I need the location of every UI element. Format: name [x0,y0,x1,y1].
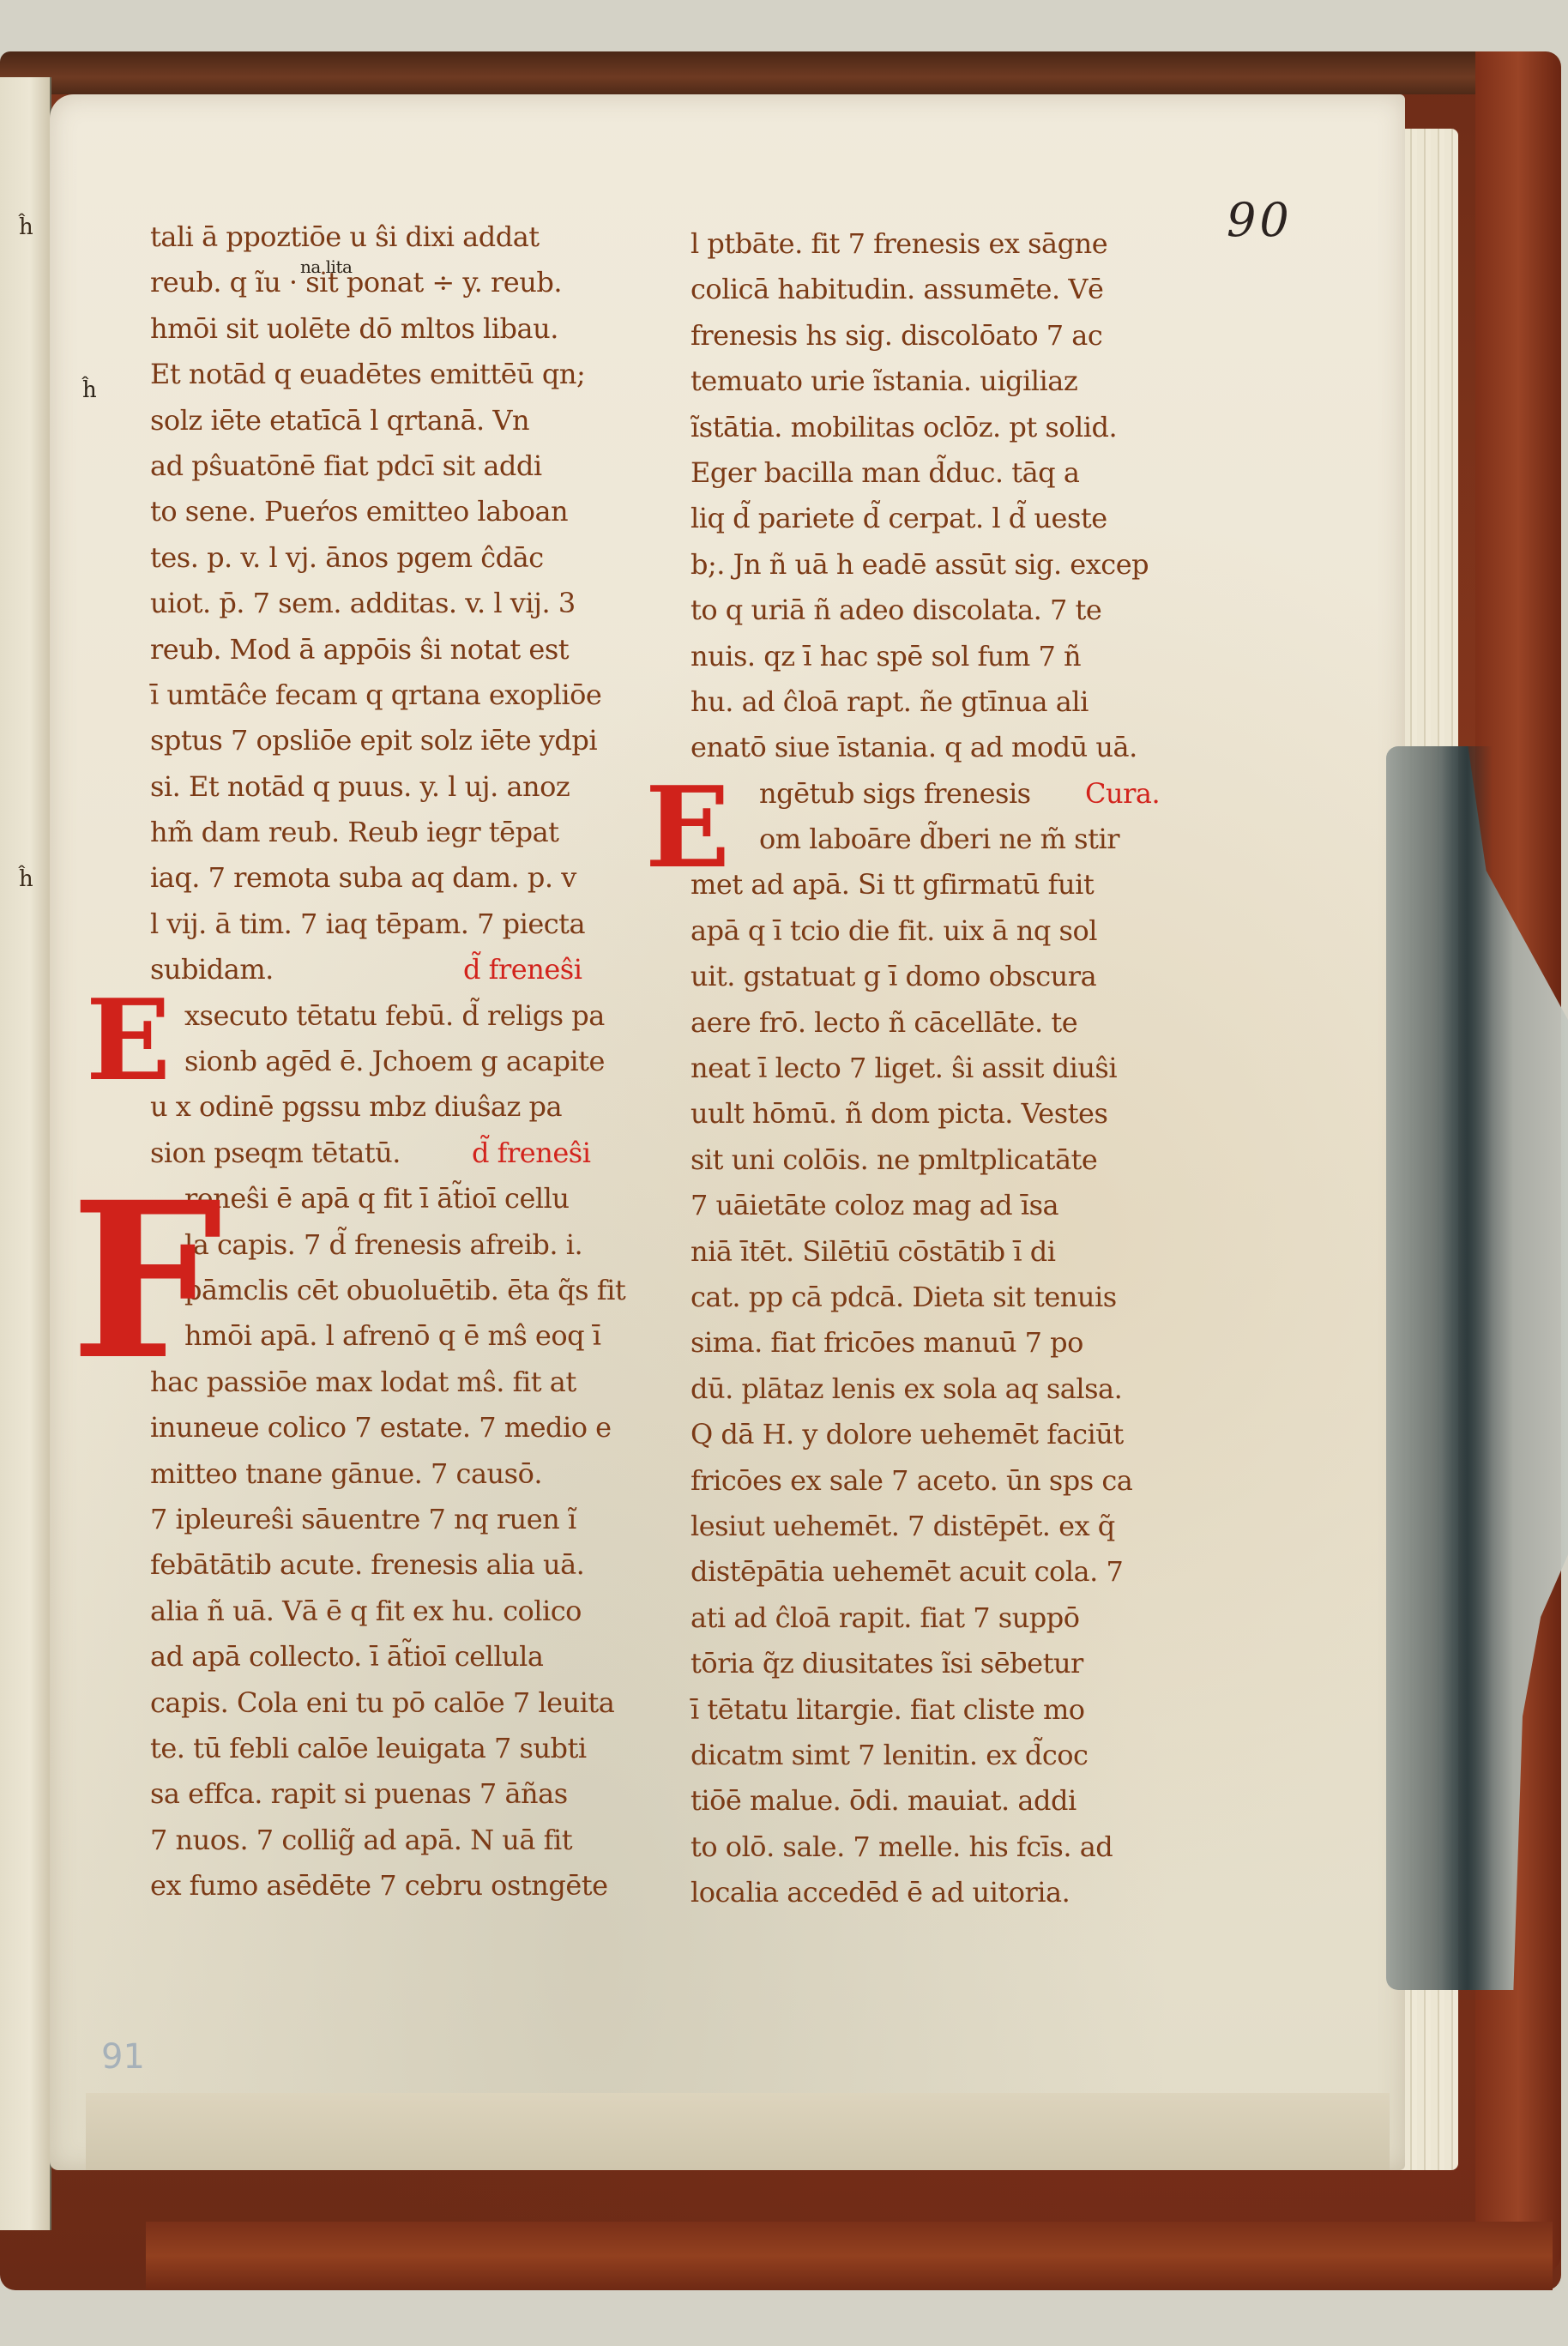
text-line: reneŝi ē apā q fit ī āt̃ioī cellu [150,1176,665,1221]
text-line: iaq. 7 remota suba aq dam. p. v [150,855,665,901]
text-line: sa effca. rapit si puenas 7 āñas [150,1771,665,1817]
text-line: 7 nuos. 7 collig̃ ad apā. N uā fit [150,1818,665,1863]
right-text-column: l ptbāte. fit 7 frenesis ex sāgne colicā… [691,221,1205,1915]
text-line: hu. ad ĉloā rapt. ñe gtīnua ali [691,679,1205,725]
text-line: distēpātia uehemēt acuit cola. 7 [691,1549,1205,1595]
metal-page-weight-shadow [1441,746,1493,1990]
text-line: to q uriā ñ adeo discolata. 7 te [691,588,1205,633]
verso-margin-mark: ĥ [19,214,33,240]
text-line: subidam. d̃ freneŝi [150,947,665,992]
text-line: to olō. sale. 7 melle. his fcīs. ad [691,1824,1205,1870]
text-line: colicā habitudin. assumēte. Vē [691,267,1205,312]
text-line: uult hōmū. ñ dom picta. Vestes [691,1091,1205,1137]
text-line: inuneue colico 7 estate. 7 medio e [150,1405,665,1450]
rubricated-initial-f: F [70,1173,223,1388]
text-line: hmōi sit uolēte dō mltos libau. [150,306,665,352]
text-line-content: reub. q ĩu · sit ponat ÷ y. reub. [150,266,562,299]
pencil-folio-number: 91 [101,2037,145,2077]
text-line: sptus 7 opsliōe epit solz iēte ydpi [150,718,665,763]
text-line: tōria q̃z diusitates ĩsi sēbetur [691,1641,1205,1686]
text-line: hac passiōe max lodat mŝ. fit at [150,1360,665,1405]
margin-note: ĥ [82,377,97,403]
text-line: neat ī lecto 7 liget. ŝi assit diuŝi [691,1046,1205,1091]
binding-top-edge [0,51,1544,94]
rubric-heading: d̃ freneŝi [463,947,582,992]
text-line: pāmclis cēt obuoluētib. ēta q̃s fit [150,1268,665,1313]
text-line: dicatm simt 7 lenitin. ex d̃coc [691,1733,1205,1778]
text-line: tiōē malue. ōdi. mauiat. addi [691,1778,1205,1824]
text-line: fricōes ex sale 7 aceto. ūn sps ca [691,1458,1205,1504]
text-line: ī umtāĉe fecam q qrtana exopliōe [150,672,665,718]
text-line: aere frō. lecto ñ cācellāte. te [691,1000,1205,1046]
text-line: ĩstātia. mobilitas oclōz. pt solid. [691,405,1205,450]
text-line: hm̃ dam reub. Reub iegr tēpat [150,810,665,855]
text-line: febātātib acute. frenesis alia uā. [150,1542,665,1588]
page-bottom-fold [86,2093,1390,2170]
text-line: la capis. 7 d̃ frenesis afreib. i. [150,1222,665,1268]
text-line: Et notād q euadētes emittēū qn; [150,352,665,397]
text-line: ex fumo asēdēte 7 cebru ostngēte [150,1863,665,1909]
text-line-content: ngētub sigs frenesis [759,777,1031,810]
text-line: dū. plātaz lenis ex sola aq salsa. [691,1366,1205,1412]
text-line: na lita reub. q ĩu · sit ponat ÷ y. reub… [150,260,665,305]
text-line: sima. fiat fricōes manuū 7 po [691,1320,1205,1366]
text-line: uiot. p̄. 7 sem. additas. v. l vij. 3 [150,581,665,626]
text-line: frenesis hs sig. discolōato 7 ac [691,313,1205,359]
text-line: ati ad ĉloā rapit. fiat 7 suppō [691,1595,1205,1641]
text-line: alia ñ uā. Vā ē q fit ex hu. colico [150,1589,665,1634]
text-line: si. Et notād q puus. y. l uj. anoz [150,764,665,810]
interlinear-gloss: na lita [300,244,352,290]
text-line: tes. p. v. l vj. ānos pgem ĉdāc [150,535,665,581]
text-line: sit uni colōis. ne pmltplicatāte [691,1137,1205,1183]
text-line: l vij. ā tim. 7 iaq tēpam. 7 piecta [150,902,665,947]
verso-page-edge: ĥ ĥ [0,77,51,2230]
text-line: liq d̃ pariete d̃ cerpat. l d̃ ueste [691,496,1205,541]
text-line: sion pseqm tētatū. d̃ freneŝi [150,1131,665,1176]
text-line: ad apā collecto. ī āt̃ioī cellula [150,1634,665,1680]
text-line: reub. Mod ā appōis ŝi notat est [150,627,665,672]
left-text-column: tali ā ppoztiōe u ŝi dixi addat na lita … [150,214,665,1909]
text-line: l ptbāte. fit 7 frenesis ex sāgne [691,221,1205,267]
text-line: cat. pp cā pdcā. Dieta sit tenuis [691,1275,1205,1320]
text-line: te. tū febli calōe leuigata 7 subti [150,1726,665,1771]
text-line: met ad apā. Si tt gfirmatū fuit [691,862,1205,908]
text-line: ī tētatu litargie. fiat cliste mo [691,1687,1205,1733]
text-line: xsecuto tētatu febū. d̃ religs pa [150,993,665,1039]
text-line: temuato urie ĩstania. uigiliaz [691,359,1205,404]
text-line: b;. Jn ñ uā h eadē assūt sig. excep [691,542,1205,588]
rubricated-initial-e: E [86,985,171,1096]
text-line: localia accedēd ē ad uitoria. [691,1870,1205,1915]
text-line: om laboāre d̃beri ne m̃ stir [691,817,1205,862]
text-line: niā ītēt. Silētiū cōstātib ī di [691,1229,1205,1275]
text-line: ad pŝuatōnē fiat pdcī sit addi [150,443,665,489]
rubricated-initial-e: E [645,772,730,884]
text-line: sionb agēd ē. Jchoem g acapite [150,1039,665,1084]
text-line: solz iēte etatīcā l qrtanā. Vn [150,398,665,443]
text-line: nuis. qz ī hac spē sol fum 7 ñ [691,634,1205,679]
binding-bottom-edge [146,2222,1553,2290]
text-line: u x odinē pgssu mbz diuŝaz pa [150,1084,665,1130]
text-line: enatō siue īstania. q ad modū uā. [691,725,1205,770]
folio-number: 90 [1227,193,1293,247]
text-line: capis. Cola eni tu pō calōe 7 leuita [150,1680,665,1726]
rubric-cura: Cura. [1085,771,1160,817]
text-line: lesiut uehemēt. 7 distēpēt. ex q̃ [691,1504,1205,1549]
text-line: uit. gstatuat g ī domo obscura [691,954,1205,999]
text-line: mitteo tnane gānue. 7 causō. [150,1451,665,1497]
text-line: ngētub sigs frenesis Cura. [691,771,1205,817]
text-line: hmōi apā. l afrenō q ē mŝ eoq ī [150,1313,665,1359]
text-line: to sene. Pueŕos emitteo laboan [150,489,665,534]
text-line: apā q ī tcio die fit. uix ā nq sol [691,908,1205,954]
text-line: Eger bacilla man d̃duc. tāq a [691,450,1205,496]
text-line: tali ā ppoztiōe u ŝi dixi addat [150,214,665,260]
text-line: Q dā H. y dolore uehemēt faciūt [691,1412,1205,1457]
text-line: 7 ipleureŝi sāuentre 7 nq ruen ĩ [150,1497,665,1542]
rubric-heading: d̃ freneŝi [472,1131,590,1176]
verso-margin-mark: ĥ [19,866,33,892]
text-line: 7 uāietāte coloz mag ad īsa [691,1183,1205,1228]
